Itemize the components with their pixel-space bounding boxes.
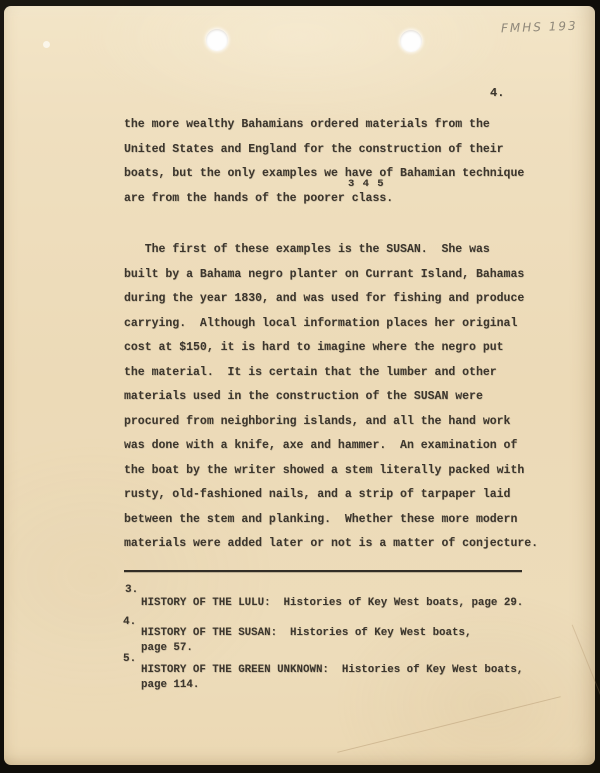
archive-code-annotation: FMHS 193: [501, 19, 578, 36]
paper-crease: [337, 696, 560, 753]
paper-sheet: FMHS 193 4. the more wealthy Bahamians o…: [4, 6, 595, 765]
scanned-page: FMHS 193 4. the more wealthy Bahamians o…: [0, 0, 600, 773]
paragraph-2: The first of these examples is the SUSAN…: [124, 238, 570, 557]
footnote-5-text: HISTORY OF THE GREEN UNKNOWN: Histories …: [141, 663, 551, 693]
footnote-3-text: HISTORY OF THE LULU: Histories of Key We…: [141, 596, 551, 611]
page-number: 4.: [490, 86, 504, 100]
footnote-3-number: 3.: [125, 583, 138, 598]
paper-speck: [43, 41, 50, 48]
footnote-4-number: 4.: [123, 615, 136, 630]
footnote-4-text: HISTORY OF THE SUSAN: Histories of Key W…: [141, 626, 551, 656]
paragraph-1: the more wealthy Bahamians ordered mater…: [124, 113, 570, 211]
footnote-5-number: 5.: [123, 652, 136, 667]
footnote-separator-rule: [124, 570, 522, 572]
footnote-markers-superscript: 3 4 5: [348, 179, 385, 190]
punch-hole-left: [206, 29, 228, 51]
paper-crease-small: [572, 625, 600, 709]
punch-hole-right: [400, 30, 422, 52]
